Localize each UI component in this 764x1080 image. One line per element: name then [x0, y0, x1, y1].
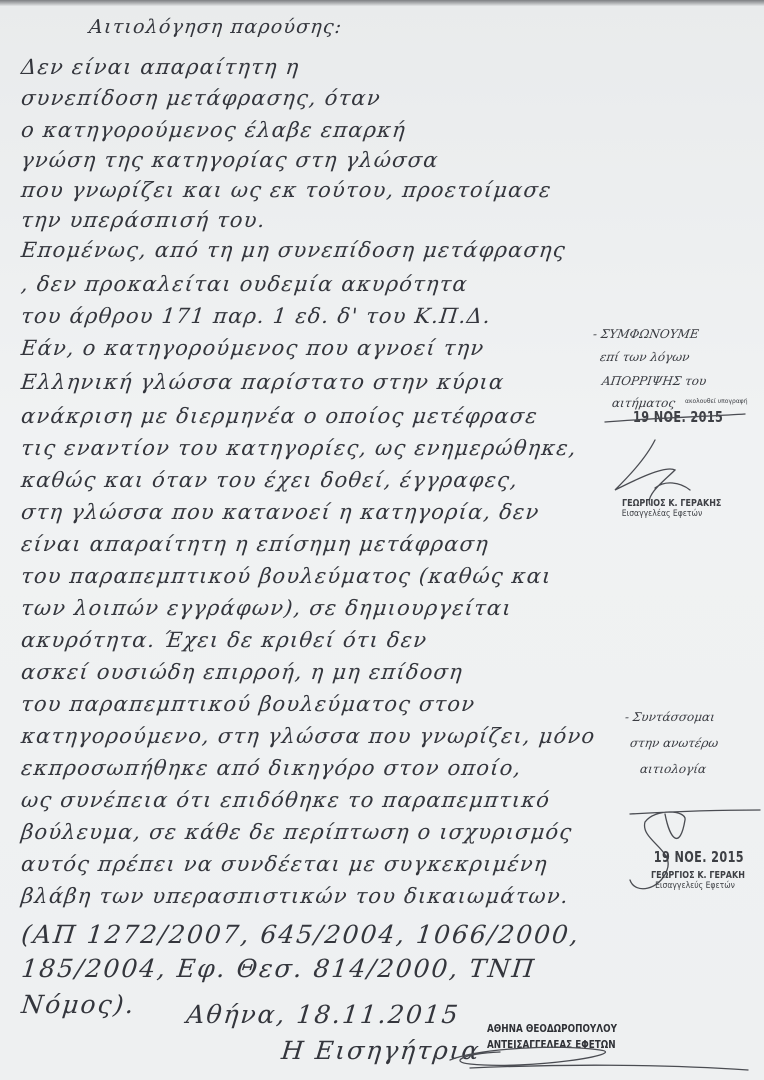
- body-line: ως συνέπεια ότι επιδόθηκε το παραπεμπτικ…: [20, 788, 552, 812]
- body-line: κατηγορούμενο, στη γλώσσα που γνωρίζει, …: [20, 724, 597, 748]
- body-line: συνεπίδοση μετάφρασης, όταν: [20, 86, 382, 110]
- signature-gerakis-icon: [595, 410, 755, 510]
- body-line: Εάν, ο κατηγορούμενος που αγνοεί την: [20, 336, 486, 360]
- citation-line: (ΑΠ 1272/2007, 645/2004, 1066/2000,: [20, 920, 581, 949]
- annotation-signer: ΓΕΩΡΓΙΟΣ Κ. ΓΕΡΑΚΗ Εισαγγελεύς Εφετών: [640, 870, 750, 891]
- body-line: την υπεράσπισή του.: [20, 208, 267, 232]
- body-line: ασκεί ουσιώδη επιρροή, η μη επίδοση: [20, 660, 464, 684]
- body-line: ανάκριση με διερμηνέα ο οποίος μετέφρασε: [20, 404, 539, 428]
- annotation-signer: ΓΕΩΡΓΙΟΣ Κ. ΓΕΡΑΚΗΣ Εισαγγελέας Εφετών: [612, 498, 712, 519]
- body-line: , δεν προκαλείται ουδεμία ακυρότητα: [20, 272, 469, 296]
- body-line: Ελληνική γλώσσα παρίστατο στην κύρια: [20, 370, 506, 394]
- body-line: του παραπεμπτικού βουλεύματος (καθώς και: [20, 564, 553, 588]
- author-signature-icon: [440, 1030, 760, 1080]
- body-line: Επομένως, από τη μη συνεπίδοση μετάφραση…: [20, 238, 567, 262]
- signer-title: Εισαγγελεύς Εφετών: [648, 881, 742, 891]
- annotation-note-line: - Συντάσσομαι: [624, 710, 716, 724]
- body-line: γνώση της κατηγορίας στη γλώσσα: [20, 148, 440, 172]
- body-line: αυτός πρέπει να συνδέεται με συγκεκριμέν…: [20, 852, 549, 876]
- annotation-note-line: αιτιολογία: [639, 762, 707, 776]
- annotation-note-line: ΑΠΟΡΡΙΨΗΣ του: [601, 374, 707, 388]
- body-line: τις εναντίον του κατηγορίες, ως ενημερώθ…: [20, 436, 578, 460]
- body-line: εκπροσωπήθηκε από δικηγόρο στον οποίο,: [20, 756, 523, 780]
- document-heading: Αιτιολόγηση παρούσης:: [88, 16, 344, 38]
- citation-line: Νόμος).: [20, 990, 137, 1019]
- citation-line: 185/2004, Εφ. Θεσ. 814/2000, ΤΝΠ: [20, 954, 537, 983]
- annotation-note-line: στην ανωτέρω: [629, 736, 719, 750]
- signer-title: Εισαγγελέας Εφετών: [620, 509, 705, 519]
- body-line: καθώς και όταν του έχει δοθεί, έγγραφες,: [20, 468, 519, 492]
- annotation-note-line: επί των λόγων: [599, 350, 690, 364]
- body-line: βλάβη των υπερασπιστικών του δικαιωμάτων…: [20, 884, 570, 908]
- signer-name: ΓΕΩΡΓΙΟΣ Κ. ΓΕΡΑΚΗΣ: [622, 498, 702, 509]
- body-line: είναι απαραίτητη η επίσημη μετάφραση: [20, 532, 490, 556]
- scan-top-edge: [0, 0, 764, 6]
- body-line: των λοιπών εγγράφων), σε δημιουργείται: [20, 596, 513, 620]
- body-line: βούλευμα, σε κάθε δε περίπτωση ο ισχυρισ…: [20, 820, 574, 844]
- body-line: του άρθρου 171 παρ. 1 εδ. δ' του Κ.Π.Δ.: [20, 304, 492, 328]
- body-line: ακυρότητα. Έχει δε κριθεί ότι δεν: [20, 628, 429, 652]
- body-line: ο κατηγορούμενος έλαβε επαρκή: [20, 118, 407, 142]
- body-line: στη γλώσσα που κατανοεί η κατηγορία, δεν: [20, 500, 541, 524]
- annotation-note-line: - ΣΥΜΦΩΝΟΥΜΕ: [592, 327, 700, 341]
- date-stamp-text: 19 ΝΟΕ. 2015: [654, 848, 737, 866]
- body-line: που γνωρίζει και ως εκ τούτου, προετοίμα…: [20, 178, 553, 202]
- signer-name: ΓΕΩΡΓΙΟΣ Κ. ΓΕΡΑΚΗ: [651, 870, 739, 881]
- body-line: του παραπεμπτικού βουλεύματος στον: [20, 692, 477, 716]
- body-line: Δεν είναι απαραίτητη η: [20, 55, 301, 79]
- annotation-small-stamp: ακολουθεί υπογραφή: [685, 398, 764, 405]
- scanned-page: Αιτιολόγηση παρούσης: Δεν είναι απαραίτη…: [0, 0, 764, 1080]
- place-date: Αθήνα, 18.11.2015: [185, 1000, 461, 1029]
- annotation-date-stamp: 19 ΝΟΕ. 2015: [640, 848, 750, 866]
